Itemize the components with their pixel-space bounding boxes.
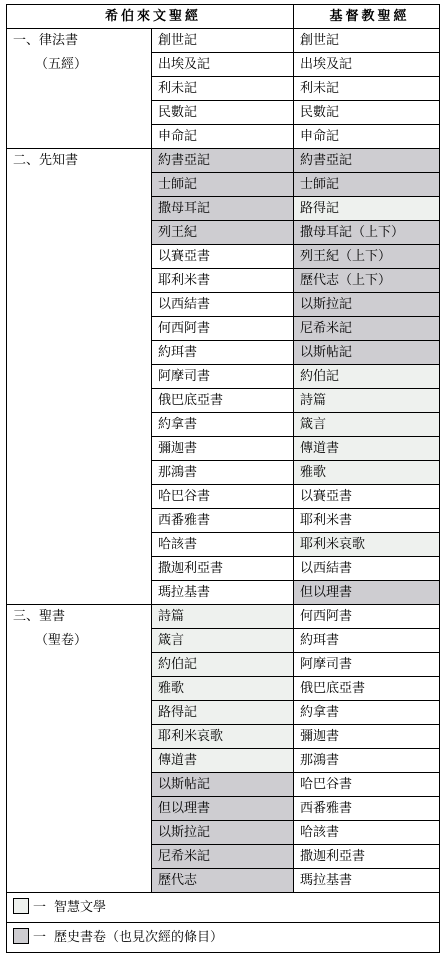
hebrew-book-cell: 箴言 bbox=[152, 629, 294, 653]
hebrew-book-cell: 哈巴谷書 bbox=[152, 485, 294, 509]
hebrew-book-cell: 以西結書 bbox=[152, 293, 294, 317]
christian-book-cell: 以西結書 bbox=[294, 557, 440, 581]
section-cell: 二、先知書 bbox=[7, 149, 152, 605]
section-title: 二、先知書 bbox=[13, 149, 151, 173]
legend-label: 歷史書卷（也見次經的條目） bbox=[54, 930, 223, 945]
hebrew-book-cell: 那鴻書 bbox=[152, 461, 294, 485]
legend-row: 一歷史書卷（也見次經的條目） bbox=[7, 923, 440, 953]
hebrew-book-cell: 以斯拉記 bbox=[152, 821, 294, 845]
christian-book-cell: 俄巴底亞書 bbox=[294, 677, 440, 701]
hebrew-book-cell: 約珥書 bbox=[152, 341, 294, 365]
christian-book-cell: 何西阿書 bbox=[294, 605, 440, 629]
christian-book-cell: 歷代志（上下） bbox=[294, 269, 440, 293]
christian-book-cell: 路得記 bbox=[294, 197, 440, 221]
hebrew-book-cell: 雅歌 bbox=[152, 677, 294, 701]
hebrew-book-cell: 耶利米哀歌 bbox=[152, 725, 294, 749]
christian-book-cell: 士師記 bbox=[294, 173, 440, 197]
hebrew-book-cell: 列王紀 bbox=[152, 221, 294, 245]
hebrew-book-cell: 西番雅書 bbox=[152, 509, 294, 533]
christian-book-cell: 雅歌 bbox=[294, 461, 440, 485]
section-title: 三、聖書 bbox=[13, 605, 151, 629]
legend-swatch-icon bbox=[13, 928, 29, 944]
hebrew-book-cell: 利未記 bbox=[152, 77, 294, 101]
hebrew-book-cell: 申命記 bbox=[152, 125, 294, 149]
section-subtitle bbox=[13, 173, 151, 197]
legend-row: 一智慧文學 bbox=[7, 893, 440, 923]
christian-book-cell: 約拿書 bbox=[294, 701, 440, 725]
section-subtitle: （聖卷） bbox=[13, 629, 151, 653]
hebrew-book-cell: 以斯帖記 bbox=[152, 773, 294, 797]
christian-book-cell: 哈該書 bbox=[294, 821, 440, 845]
table-row: 三、聖書（聖卷）詩篇何西阿書 bbox=[7, 605, 440, 629]
hebrew-book-cell: 歷代志 bbox=[152, 869, 294, 893]
christian-book-cell: 創世記 bbox=[294, 29, 440, 53]
table-row: 二、先知書約書亞記約書亞記 bbox=[7, 149, 440, 173]
christian-book-cell: 列王紀（上下） bbox=[294, 245, 440, 269]
hebrew-book-cell: 俄巴底亞書 bbox=[152, 389, 294, 413]
christian-book-cell: 哈巴谷書 bbox=[294, 773, 440, 797]
legend-cell: 一歷史書卷（也見次經的條目） bbox=[7, 923, 440, 953]
christian-book-cell: 彌迦書 bbox=[294, 725, 440, 749]
christian-book-cell: 傳道書 bbox=[294, 437, 440, 461]
hebrew-book-cell: 詩篇 bbox=[152, 605, 294, 629]
header-row: 希伯來文聖經 基督教聖經 bbox=[7, 5, 440, 29]
legend-dash: 一 bbox=[33, 923, 46, 952]
christian-book-cell: 撒母耳記（上下） bbox=[294, 221, 440, 245]
header-hebrew-bible: 希伯來文聖經 bbox=[7, 5, 294, 29]
section-cell: 三、聖書（聖卷） bbox=[7, 605, 152, 893]
christian-book-cell: 申命記 bbox=[294, 125, 440, 149]
hebrew-book-cell: 約伯記 bbox=[152, 653, 294, 677]
hebrew-book-cell: 耶利米書 bbox=[152, 269, 294, 293]
hebrew-book-cell: 撒母耳記 bbox=[152, 197, 294, 221]
hebrew-book-cell: 但以理書 bbox=[152, 797, 294, 821]
christian-book-cell: 耶利米哀歌 bbox=[294, 533, 440, 557]
christian-book-cell: 以斯拉記 bbox=[294, 293, 440, 317]
hebrew-book-cell: 士師記 bbox=[152, 173, 294, 197]
christian-book-cell: 約書亞記 bbox=[294, 149, 440, 173]
christian-book-cell: 阿摩司書 bbox=[294, 653, 440, 677]
legend-label: 智慧文學 bbox=[54, 900, 106, 915]
legend-cell: 一智慧文學 bbox=[7, 893, 440, 923]
christian-book-cell: 但以理書 bbox=[294, 581, 440, 605]
christian-book-cell: 那鴻書 bbox=[294, 749, 440, 773]
hebrew-book-cell: 傳道書 bbox=[152, 749, 294, 773]
hebrew-book-cell: 約拿書 bbox=[152, 413, 294, 437]
christian-book-cell: 利未記 bbox=[294, 77, 440, 101]
hebrew-book-cell: 彌迦書 bbox=[152, 437, 294, 461]
table-row: 一、律法書（五經）創世記創世記 bbox=[7, 29, 440, 53]
hebrew-book-cell: 何西阿書 bbox=[152, 317, 294, 341]
christian-book-cell: 撒迦利亞書 bbox=[294, 845, 440, 869]
hebrew-book-cell: 約書亞記 bbox=[152, 149, 294, 173]
canon-comparison-table: 希伯來文聖經 基督教聖經 一、律法書（五經）創世記創世記出埃及記出埃及記利未記利… bbox=[6, 4, 440, 953]
section-cell: 一、律法書（五經） bbox=[7, 29, 152, 149]
hebrew-book-cell: 出埃及記 bbox=[152, 53, 294, 77]
legend-swatch-icon bbox=[13, 898, 29, 914]
header-christian-bible: 基督教聖經 bbox=[294, 5, 440, 29]
christian-book-cell: 以斯帖記 bbox=[294, 341, 440, 365]
legend-dash: 一 bbox=[33, 893, 46, 922]
christian-book-cell: 耶利米書 bbox=[294, 509, 440, 533]
hebrew-book-cell: 以賽亞書 bbox=[152, 245, 294, 269]
hebrew-book-cell: 瑪拉基書 bbox=[152, 581, 294, 605]
hebrew-book-cell: 民數記 bbox=[152, 101, 294, 125]
hebrew-book-cell: 尼希米記 bbox=[152, 845, 294, 869]
hebrew-book-cell: 阿摩司書 bbox=[152, 365, 294, 389]
christian-book-cell: 約伯記 bbox=[294, 365, 440, 389]
section-subtitle: （五經） bbox=[13, 53, 151, 77]
hebrew-book-cell: 撒迦利亞書 bbox=[152, 557, 294, 581]
christian-book-cell: 西番雅書 bbox=[294, 797, 440, 821]
christian-book-cell: 出埃及記 bbox=[294, 53, 440, 77]
hebrew-book-cell: 哈該書 bbox=[152, 533, 294, 557]
hebrew-book-cell: 創世記 bbox=[152, 29, 294, 53]
christian-book-cell: 尼希米記 bbox=[294, 317, 440, 341]
christian-book-cell: 以賽亞書 bbox=[294, 485, 440, 509]
hebrew-book-cell: 路得記 bbox=[152, 701, 294, 725]
section-title: 一、律法書 bbox=[13, 29, 151, 53]
christian-book-cell: 瑪拉基書 bbox=[294, 869, 440, 893]
christian-book-cell: 約珥書 bbox=[294, 629, 440, 653]
christian-book-cell: 箴言 bbox=[294, 413, 440, 437]
christian-book-cell: 詩篇 bbox=[294, 389, 440, 413]
christian-book-cell: 民數記 bbox=[294, 101, 440, 125]
